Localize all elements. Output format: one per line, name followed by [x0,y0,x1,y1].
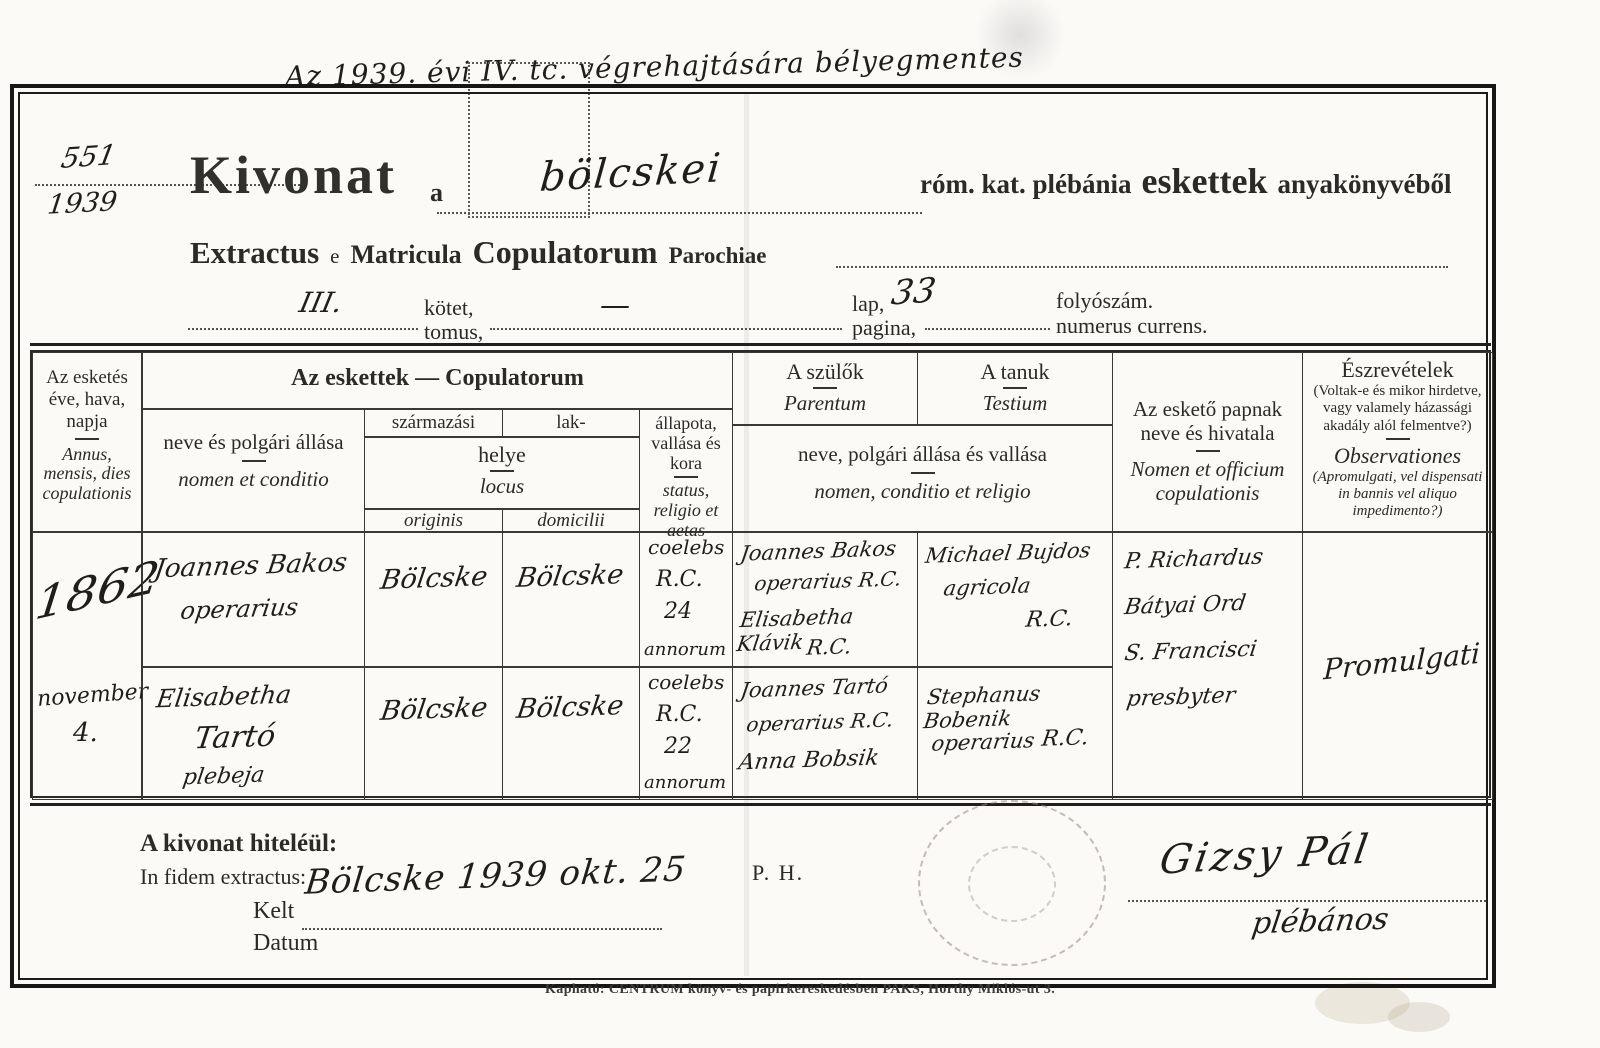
serial-number: 551 [59,138,119,175]
kelt-label: Kelt [253,898,294,925]
subtitle-copulatorum: Copulatorum [473,234,658,271]
groom-parents-cell: Joannes Bakos operarius R.C. Elisabetha … [732,532,918,667]
seal-abbrev: P. H. [752,860,804,886]
title-article: a [430,178,443,208]
table-top-rule [30,343,1491,346]
divider [1196,450,1220,452]
groom-status-line3: 24 [664,599,692,624]
divider [813,387,837,389]
place-hu: helye [365,438,639,468]
priest-line2: Bátyai Ord [1123,591,1248,620]
title-tail: róm. kat. plébánia eskettek anyakönyvébő… [920,160,1452,202]
attestation-hu: A kivonat hiteléül: [140,830,337,858]
title-tail-post: anyakönyvéből [1278,169,1452,200]
bride-name: Elisabetha [155,680,294,714]
header-date-column: Az esketés éve, hava, napja Annus, mensi… [32,352,142,532]
page-label-la: pagina, [852,316,916,340]
banner-label: Az eskettek — Copulatorum [143,353,732,392]
priest-line3: S. Francisci [1123,637,1259,667]
groom-domicile: Bölcske [515,559,626,594]
divider [242,460,266,462]
latin-subtitle: Extractus e Matricula Copulatorum Paroch… [190,234,767,271]
priest-line1: P. Richardus [1123,545,1265,575]
header-observations-column: Észrevételek (Voltak-e és mikor hirdetve… [1302,352,1493,532]
groom-name-cell: Joannes Bakos operarius [142,532,365,667]
header-name-hu: neve és polgári állása [147,430,360,455]
volume-labels: kötet, tomus, [424,296,483,344]
priest-la: Nomen et officium copulationis [1119,457,1296,505]
parents-la: Parentum [733,391,917,416]
pw-la: nomen, conditio et religio [733,479,1112,504]
header-parents-witnesses-sub: neve, polgári állása és vallása nomen, c… [732,425,1113,532]
groom-status-line2: R.C. [656,567,703,592]
header-residence-label: lak- [502,409,640,437]
divider [674,476,698,478]
header-origin-label: származási [364,409,503,437]
groom-witness-cell: Michael Bujdos agricola R.C. [917,532,1113,667]
groom-status-line1: coelebs [648,535,724,559]
residence-label: lak- [503,410,639,436]
paper-stain [1388,1002,1450,1032]
volume-label-hu: kötet, [424,296,483,320]
witnesses-la: Testium [918,391,1112,416]
divider [1003,387,1027,389]
pw-hu: neve, polgári állása és vallása [733,442,1112,467]
bride-status-line4: annorum [644,772,726,793]
place-la: locus [365,474,639,499]
subtitle-parochiae: Parochiae [669,243,767,269]
page-value: — [600,288,630,323]
serial-year: 1939 [46,186,119,221]
obs-hu-note: (Voltak-e és mikor hirdetve, vagy valame… [1308,383,1487,435]
subtitle-extractus: Extractus [190,235,319,271]
volume-dotted-line [188,328,418,330]
bride-father-detail: operarius R.C. [745,707,895,736]
header-copulatorum-banner: Az eskettek — Copulatorum [142,352,733,409]
bride-domicile-cell: Bölcske [502,667,640,800]
groom-witness-religion: R.C. [1024,606,1074,633]
header-domicilii: domicilii [502,509,640,532]
groom-origin: Bölcske [379,561,490,596]
origin-label: származási [365,410,502,436]
domicilii-label: domicilii [503,510,639,531]
header-originis: originis [364,509,503,532]
parents-hu: A szülők [733,359,917,385]
groom-status-cell: coelebs R.C. 24 annorum [639,532,733,667]
table-bottom-rule [30,803,1491,806]
groom-witness: Michael Bujdos [924,538,1092,568]
signature-dotted-line [1128,900,1486,902]
header-name-column: neve és polgári állása nomen et conditio [142,409,365,532]
printer-note: Kapható: CENTRUM könyv- és papirkeresked… [545,982,1055,998]
title-tail-emphasis: eskettek [1142,160,1268,202]
witnesses-hu: A tanuk [918,359,1112,385]
observation-note: Promulgati [1323,637,1481,687]
scanned-marriage-extract-document: Az 1939. évi IV. tc. végrehajtására bély… [0,0,1600,1048]
header-date-la: Annus, mensis, dies copulationis [37,445,137,504]
groom-status-line4: annorum [644,639,726,660]
record-month: november [36,679,149,712]
bride-name-cell: Elisabetha Tartó plebeja [142,667,365,800]
groom-mother-detail: R.C. [805,634,853,660]
page-dotted-line [490,328,842,330]
header-status-hu: állapota, vallása és kora [640,414,732,473]
priest-line4: presbyter [1125,683,1237,712]
number-value: 33 [889,271,938,314]
bride-status-line1: coelebs [648,670,724,694]
bride-status-line3: 22 [664,734,692,759]
header-parents-column: A szülők Parentum [732,352,918,425]
number-labels: folyószám. numerus currens. [1056,288,1208,339]
signature-title: plébános [1250,902,1391,942]
number-label-la: numerus currens. [1056,313,1208,338]
bride-condition: plebeja [181,763,266,791]
parish-name-handwritten: bölcskei [538,145,724,201]
bride-witness-detail: operarius [930,728,1036,756]
bride-mother: Anna Bobsik [737,746,881,776]
groom-father-detail: operarius R.C. [753,566,903,595]
groom-origin-cell: Bölcske [364,532,503,667]
bride-origin-cell: Bölcske [364,667,503,800]
obs-hu-title: Észrevételek [1308,357,1487,383]
bride-status-cell: coelebs R.C. 22 annorum [639,667,733,800]
registry-table: Az esketés éve, hava, napja Annus, mensi… [30,350,1491,798]
groom-father: Joannes Bakos [739,536,898,565]
header-priest-column: Az eskető papnak neve és hivatala Nomen … [1112,352,1303,532]
divider [75,438,99,440]
volume-label-la: tomus, [424,320,483,344]
groom-domicile-cell: Bölcske [502,532,640,667]
page-title: Kivonat [190,144,397,206]
header-name-la: nomen et conditio [147,467,360,492]
header-witnesses-column: A tanuk Testium [917,352,1113,425]
datum-label: Datum [253,930,318,957]
record-day: 4. [73,718,98,748]
bride-father: Joannes Tartó [739,673,890,702]
number-label-hu: folyószám. [1056,288,1208,313]
groom-condition: operarius [179,593,300,625]
obs-la-title: Observationes [1308,443,1487,469]
originis-label: originis [365,510,502,531]
attestation-la: In fidem extractus: [140,864,306,890]
bride-witness-religion: R.C. [1040,725,1090,752]
observations-cell: Promulgati [1302,532,1493,800]
priest-cell: P. Richardus Bátyai Ord S. Francisci pre… [1112,532,1303,800]
bride-surname: Tartó [192,719,277,757]
bride-parents-cell: Joannes Tartó operarius R.C. Anna Bobsik [732,667,918,800]
groom-witness-detail: agricola [942,574,1032,601]
header-status-column: állapota, vallása és kora status, religi… [639,409,733,532]
divider [911,472,935,474]
bride-status-line2: R.C. [656,702,703,727]
header-date-hu: Az esketés éve, hava, napja [37,367,137,433]
obs-la-note: (Apromulgati, vel dispensati in bannis v… [1308,469,1487,521]
date-dotted-line [302,928,662,930]
bride-domicile: Bölcske [515,690,626,725]
divider [1386,438,1410,440]
top-handwritten-note: Az 1939. évi IV. tc. végrehajtására bély… [285,40,1046,93]
header-place-span: helye locus [364,437,640,509]
subtitle-dotted-line [836,266,1448,268]
groom-name: Joannes Bakos [152,548,349,585]
subtitle-matricula: Matricula [350,240,461,270]
date-cell: 1862 november 4. [32,532,142,800]
title-tail-pre: róm. kat. plébánia [920,169,1132,200]
bride-origin: Bölcske [379,692,490,727]
bride-witness-cell: Stephanus Bobenik operarius R.C. [917,667,1113,800]
subtitle-e: e [330,244,339,269]
parish-seal-stamp-inner [968,846,1056,922]
divider [490,470,514,472]
priest-hu: Az eskető papnak neve és hivatala [1119,397,1296,445]
volume-value: III. [296,286,345,319]
parish-dotted-line [437,212,922,214]
number-dotted-line [925,328,1050,330]
